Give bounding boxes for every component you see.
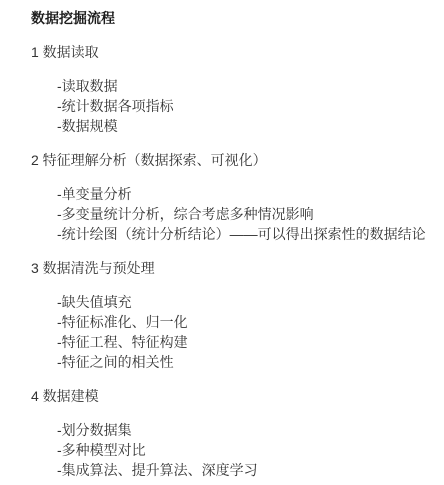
section-heading: 1 数据读取 — [31, 42, 438, 62]
section-heading: 4 数据建模 — [31, 386, 438, 406]
list-item: -特征工程、特征构建 — [57, 332, 438, 352]
section-data-reading: 1 数据读取 -读取数据 -统计数据各项指标 -数据规模 — [31, 42, 438, 136]
list-item: -多种模型对比 — [57, 440, 438, 460]
section-data-modeling: 4 数据建模 -划分数据集 -多种模型对比 -集成算法、提升算法、深度学习 — [31, 386, 438, 480]
section-data-cleaning: 3 数据清洗与预处理 -缺失值填充 -特征标准化、归一化 -特征工程、特征构建 … — [31, 258, 438, 372]
item-list: -读取数据 -统计数据各项指标 -数据规模 — [31, 76, 438, 136]
item-list: -划分数据集 -多种模型对比 -集成算法、提升算法、深度学习 — [31, 420, 438, 480]
page-title: 数据挖掘流程 — [31, 8, 438, 28]
section-heading: 2 特征理解分析（数据探索、可视化） — [31, 150, 438, 170]
item-list: -单变量分析 -多变量统计分析，综合考虑多种情况影响 -统计绘图（统计分析结论）… — [31, 184, 438, 244]
section-heading: 3 数据清洗与预处理 — [31, 258, 438, 278]
list-item: -统计数据各项指标 — [57, 96, 438, 116]
list-item: -特征标准化、归一化 — [57, 312, 438, 332]
list-item: -缺失值填充 — [57, 292, 438, 312]
list-item: -特征之间的相关性 — [57, 352, 438, 372]
list-item: -划分数据集 — [57, 420, 438, 440]
item-list: -缺失值填充 -特征标准化、归一化 -特征工程、特征构建 -特征之间的相关性 — [31, 292, 438, 372]
list-item: -单变量分析 — [57, 184, 438, 204]
list-item: -多变量统计分析，综合考虑多种情况影响 — [57, 204, 438, 224]
list-item: -数据规模 — [57, 116, 438, 136]
section-feature-analysis: 2 特征理解分析（数据探索、可视化） -单变量分析 -多变量统计分析，综合考虑多… — [31, 150, 438, 244]
list-item: -统计绘图（统计分析结论）——可以得出探索性的数据结论 — [57, 224, 438, 244]
list-item: -读取数据 — [57, 76, 438, 96]
list-item: -集成算法、提升算法、深度学习 — [57, 460, 438, 480]
document-body: 数据挖掘流程 1 数据读取 -读取数据 -统计数据各项指标 -数据规模 2 特征… — [0, 0, 444, 480]
